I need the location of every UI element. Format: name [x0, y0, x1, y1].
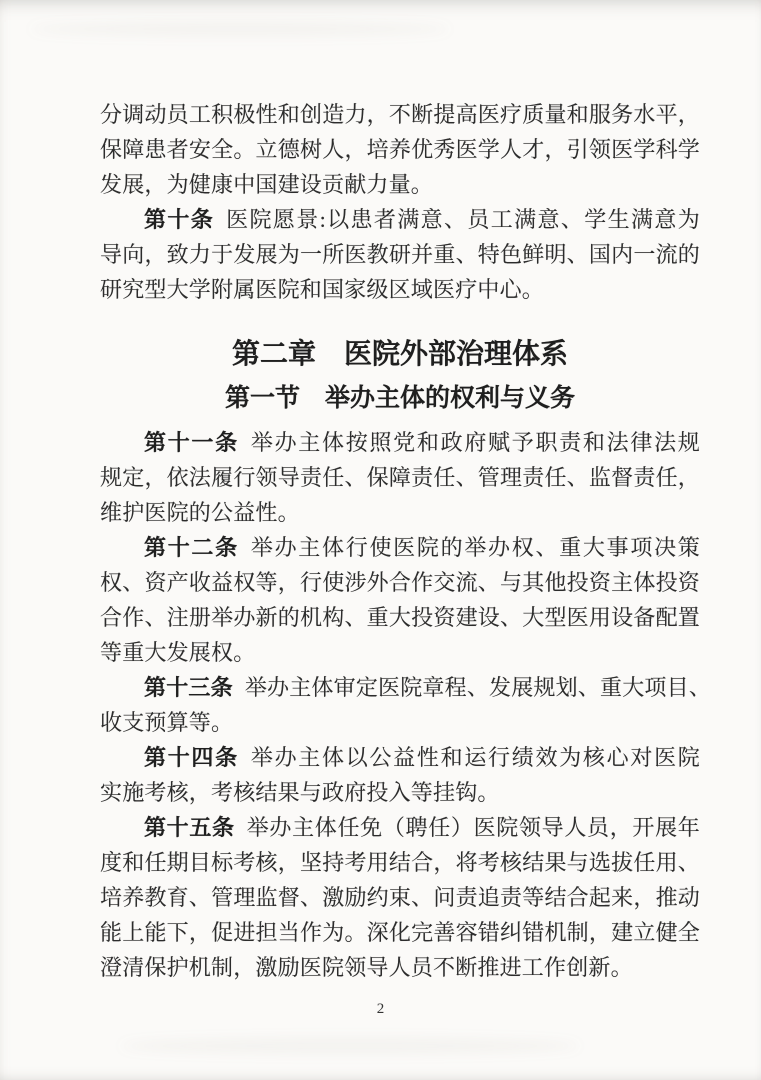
scan-smudge — [120, 1038, 580, 1054]
text-line: 能上能下，促进担当作为。深化完善容错纠错机制，建立健全 — [100, 915, 700, 950]
page-number: 2 — [0, 1001, 761, 1018]
text-line: 权、资产收益权等，行使涉外合作交流、与其他投资主体投资 — [100, 565, 700, 600]
paragraph: 第十四条举办主体以公益性和运行绩效为核心对医院实施考核，考核结果与政府投入等挂钩… — [100, 740, 700, 810]
paragraph: 第十三条举办主体审定医院章程、发展规划、重大项目、收支预算等。 — [100, 670, 700, 740]
text-line: 等重大发展权。 — [100, 635, 700, 670]
text-line: 保障患者安全。立德树人，培养优秀医学人才，引领医学科学 — [100, 132, 700, 167]
text-line: 研究型大学附属医院和国家级区域医疗中心。 — [100, 272, 700, 307]
text-line: 合作、注册举办新的机构、重大投资建设、大型医用设备配置 — [100, 600, 700, 635]
article-number: 第十一条 — [144, 430, 251, 455]
scan-smudge — [30, 22, 450, 36]
paragraph: 第十二条举办主体行使医院的举办权、重大事项决策权、资产收益权等，行使涉外合作交流… — [100, 530, 700, 670]
text-line: 第十三条举办主体审定医院章程、发展规划、重大项目、 — [100, 670, 700, 705]
paragraph: 第十一条举办主体按照党和政府赋予职责和法律法规规定，依法履行领导责任、保障责任、… — [100, 425, 700, 530]
paragraph: 第十条医院愿景:以患者满意、员工满意、学生满意为导向，致力于发展为一所医教研并重… — [100, 202, 700, 307]
text-line: 第十四条举办主体以公益性和运行绩效为核心对医院 — [100, 740, 700, 775]
text-line: 第十五条举办主体任免（聘任）医院领导人员，开展年 — [100, 810, 700, 845]
document-content: 分调动员工积极性和创造力，不断提高医疗质量和服务水平，保障患者安全。立德树人，培… — [100, 97, 700, 985]
paragraph: 分调动员工积极性和创造力，不断提高医疗质量和服务水平，保障患者安全。立德树人，培… — [100, 97, 700, 202]
text-line: 规定，依法履行领导责任、保障责任、管理责任、监督责任， — [100, 460, 700, 495]
document-page: 分调动员工积极性和创造力，不断提高医疗质量和服务水平，保障患者安全。立德树人，培… — [0, 0, 761, 1080]
article-text: 举办主体任免（聘任）医院领导人员，开展年 — [247, 815, 700, 840]
article-number: 第十四条 — [144, 745, 251, 770]
text-line: 实施考核，考核结果与政府投入等挂钩。 — [100, 775, 700, 810]
text-line: 第十条医院愿景:以患者满意、员工满意、学生满意为 — [100, 202, 700, 237]
article-number: 第十三条 — [144, 675, 245, 700]
paragraph: 第十五条举办主体任免（聘任）医院领导人员，开展年度和任期目标考核，坚持考用结合，… — [100, 810, 700, 985]
text-line: 发展，为健康中国建设贡献力量。 — [100, 167, 700, 202]
article-text: 医院愿景:以患者满意、员工满意、学生满意为 — [226, 207, 700, 232]
text-line: 维护医院的公益性。 — [100, 495, 700, 530]
article-number: 第十五条 — [144, 815, 247, 840]
text-line: 收支预算等。 — [100, 705, 700, 740]
text-line: 澄清保护机制，激励医院领导人员不断推进工作创新。 — [100, 950, 700, 985]
article-text: 举办主体按照党和政府赋予职责和法律法规 — [251, 430, 700, 455]
text-line: 导向，致力于发展为一所医教研并重、特色鲜明、国内一流的 — [100, 237, 700, 272]
article-number: 第十条 — [144, 207, 226, 232]
text-line: 第十二条举办主体行使医院的举办权、重大事项决策 — [100, 530, 700, 565]
text-line: 第十一条举办主体按照党和政府赋予职责和法律法规 — [100, 425, 700, 460]
text-line: 度和任期目标考核，坚持考用结合，将考核结果与选拔任用、 — [100, 845, 700, 880]
chapter-heading: 第二章 医院外部治理体系 — [100, 333, 700, 375]
article-text: 举办主体审定医院章程、发展规划、重大项目、 — [245, 675, 711, 700]
section-heading: 第一节 举办主体的权利与义务 — [100, 375, 700, 421]
text-line: 分调动员工积极性和创造力，不断提高医疗质量和服务水平， — [100, 97, 700, 132]
article-number: 第十二条 — [144, 535, 251, 560]
text-line: 培养教育、管理监督、激励约束、问责追责等结合起来，推动 — [100, 880, 700, 915]
article-text: 举办主体以公益性和运行绩效为核心对医院 — [251, 745, 700, 770]
article-text: 举办主体行使医院的举办权、重大事项决策 — [251, 535, 700, 560]
